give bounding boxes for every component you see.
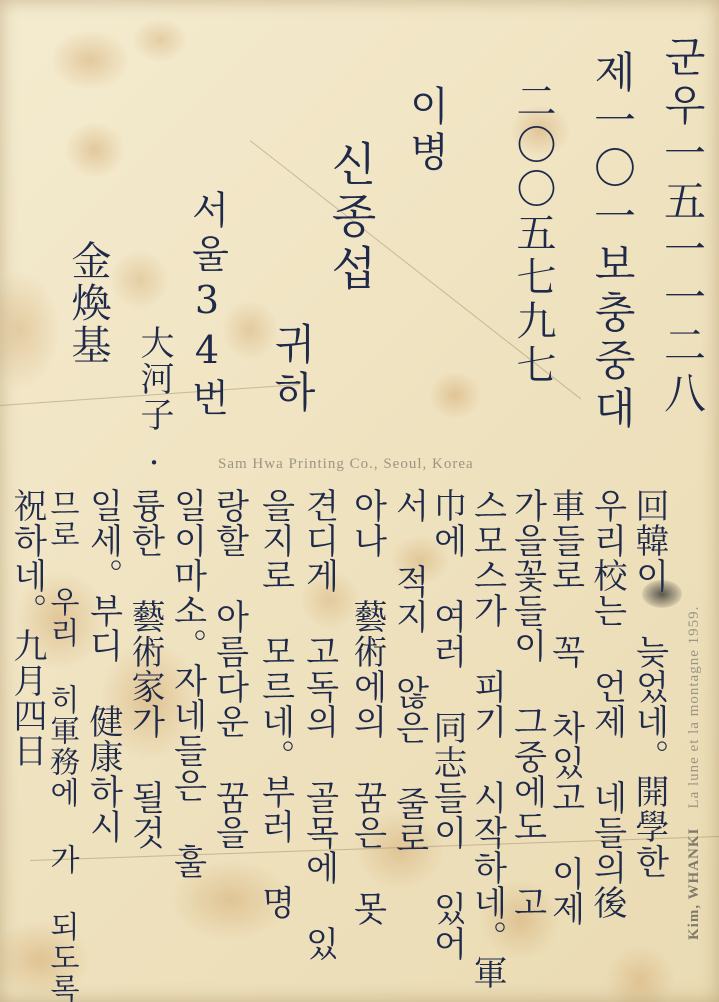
letter-column: 우리校는 언제 네들의後	[590, 488, 624, 920]
sender-place: 大河子.	[130, 325, 179, 475]
recipient-unit-line1: 군우一五一一二八	[652, 35, 712, 419]
letter-column: 車들로 꼭 차있고 이제	[548, 488, 582, 926]
recipient-unit-line2: 제一〇一보충중대	[582, 50, 642, 434]
letter-column: 므로 우리 히軍務에 가 되도록	[46, 488, 76, 1002]
caption-title: La lune et la montagne 1959.	[686, 606, 702, 809]
recipient-name: 신종섭	[318, 140, 384, 296]
sender-address: 서울34번	[180, 190, 235, 422]
rank: 이병	[398, 85, 455, 177]
caption-artist: Kim, WHANKI	[686, 828, 702, 940]
honorific: 귀하	[262, 322, 322, 418]
letter-column: 가을꽃들이 그중에도 고	[510, 488, 544, 920]
letter-column: 일이마소。자네들은 훌	[170, 488, 204, 879]
letter-column: 일세。부디 健康하시	[86, 488, 120, 844]
postcard-back: 군우一五一一二八 제一〇一보충중대 二〇〇五七九七 이병 신종섭 귀하 서울34…	[0, 0, 719, 1002]
printer-imprint: Sam Hwa Printing Co., Seoul, Korea	[218, 456, 474, 473]
sender-signature: 金煥基	[60, 240, 117, 366]
letter-column: 륭한 藝術家가 될것	[128, 488, 162, 850]
letter-column: 祝하네。九月四日	[10, 488, 44, 768]
letter-column: 아나 藝術에의 꿈은 못	[350, 488, 384, 926]
service-number: 二〇〇五七九七	[505, 80, 562, 388]
letter-column: 巾에 여러 同志들이 있어	[430, 488, 464, 961]
letter-column: 을지로 모르네。부러 명	[258, 488, 292, 920]
letter-column: 랑할 아름다운 꿈을	[212, 488, 246, 850]
letter-column: 回韓이 늦었네。開學한	[632, 488, 666, 879]
letter-column: 스모스가 피기 시작하네。軍	[470, 488, 504, 990]
letter-column: 서 적지 않은 줄로	[392, 488, 426, 856]
artwork-caption: Kim, WHANKI La lune et la montagne 1959.	[686, 470, 703, 940]
letter-column: 견디게 고독의 골목에 있	[302, 488, 336, 961]
